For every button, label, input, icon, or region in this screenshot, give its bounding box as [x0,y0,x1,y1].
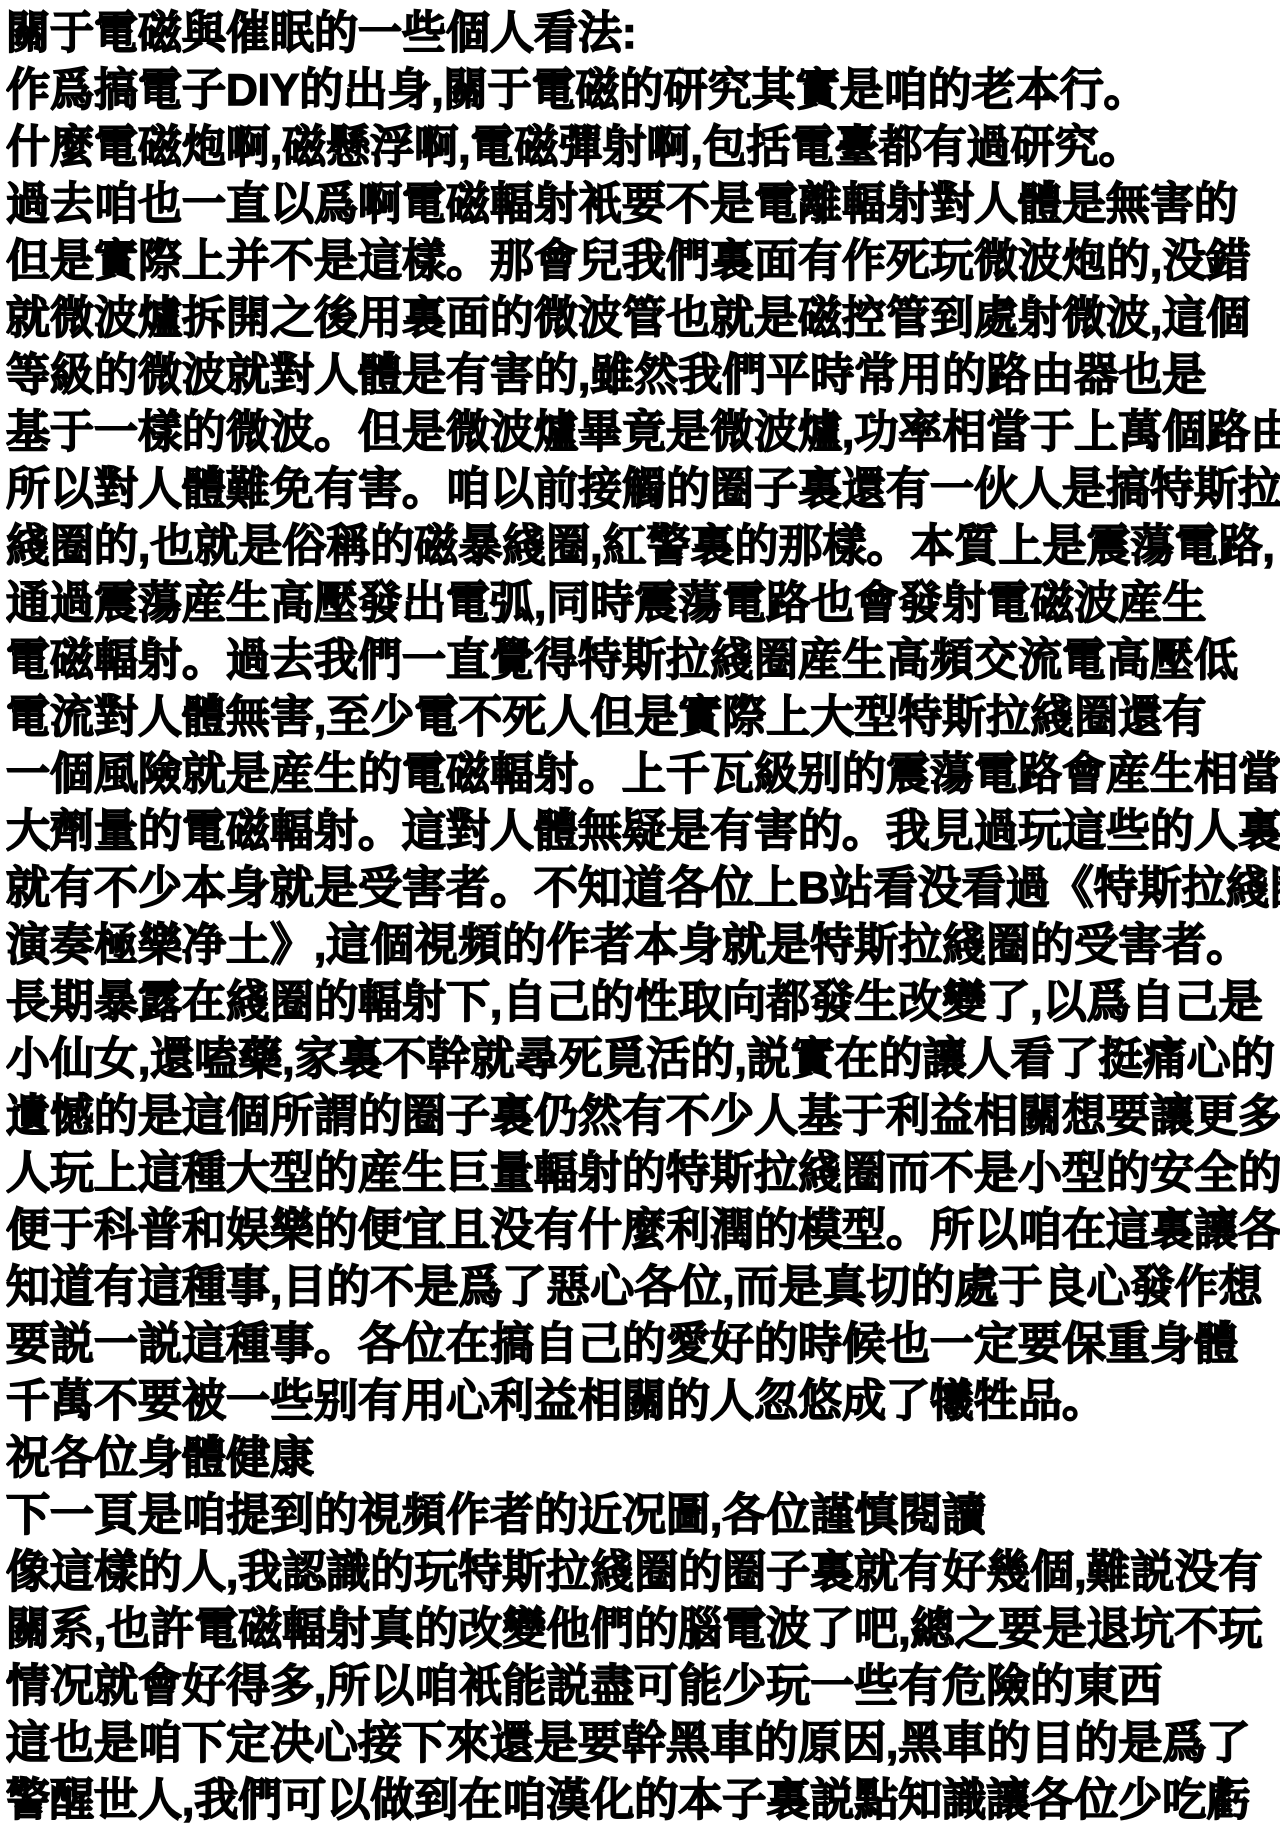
text-line: 知道有這種事,目的不是爲了惡心各位,而是真切的處于良心發作想 [6,1258,1280,1316]
text-line: 電流對人體無害,至少電不死人但是實際上大型特斯拉綫圈還有 [6,688,1280,746]
text-line: 等級的微波就對人體是有害的,雖然我們平時常用的路由器也是 [6,346,1280,404]
text-line: 遺憾的是這個所謂的圈子裏仍然有不少人基于利益相關想要讓更多 [6,1087,1280,1145]
text-line: 關于電磁與催眠的一些個人看法: [6,4,1280,62]
text-line: 像這樣的人,我認識的玩特斯拉綫圈的圈子裏就有好幾個,難説没有 [6,1543,1280,1601]
text-line: 人玩上這種大型的産生巨量輻射的特斯拉綫圈而不是小型的安全的 [6,1144,1280,1202]
text-line: 基于一樣的微波。但是微波爐畢竟是微波爐,功率相當于上萬個路由 [6,403,1280,461]
document-page: 關于電磁與催眠的一些個人看法:作爲搞電子DIY的出身,關于電磁的研究其實是咱的老… [0,0,1280,1833]
text-line: 便于科普和娱樂的便宜且没有什麼利潤的模型。所以咱在這裏讓各位 [6,1201,1280,1259]
text-line: 演奏極樂净土》,這個視頻的作者本身就是特斯拉綫圈的受害者。 [6,916,1280,974]
text-line: 小仙女,還嗑藥,家裏不幹就尋死覓活的,説實在的讓人看了挺痛心的 [6,1030,1280,1088]
text-line: 一個風險就是産生的電磁輻射。上千瓦級别的震蕩電路會産生相當 [6,745,1280,803]
text-line: 綫圈的,也就是俗稱的磁暴綫圈,紅警裏的那樣。本質上是震蕩電路, [6,517,1280,575]
text-line: 警醒世人,我們可以做到在咱漢化的本子裏説點知識讓各位少吃虧 [6,1771,1280,1829]
text-line: 電磁輻射。過去我們一直覺得特斯拉綫圈産生高頻交流電高壓低 [6,631,1280,689]
text-line: 就有不少本身就是受害者。不知道各位上B站看没看過《特斯拉綫圈 [6,859,1280,917]
text-line: 過去咱也一直以爲啊電磁輻射衹要不是電離輻射對人體是無害的 [6,175,1280,233]
text-line: 所以對人體難免有害。咱以前接觸的圈子裏還有一伙人是搞特斯拉 [6,460,1280,518]
text-line: 就微波爐拆開之後用裏面的微波管也就是磁控管到處射微波,這個 [6,289,1280,347]
text-line: 這也是咱下定决心接下來還是要幹黑車的原因,黑車的目的是爲了 [6,1714,1280,1772]
text-line: 但是實際上并不是這樣。那會兒我們裏面有作死玩微波炮的,没錯 [6,232,1280,290]
text-line: 千萬不要被一些别有用心利益相關的人忽悠成了犧牲品。 [6,1372,1280,1430]
text-line: 通過震蕩産生高壓發出電弧,同時震蕩電路也會發射電磁波産生 [6,574,1280,632]
text-line: 關系,也許電磁輻射真的改變他們的腦電波了吧,總之要是退坑不玩 [6,1600,1280,1658]
text-line: 什麼電磁炮啊,磁懸浮啊,電磁彈射啊,包括電臺都有過研究。 [6,118,1280,176]
text-line: 要説一説這種事。各位在搞自己的愛好的時候也一定要保重身體 [6,1315,1280,1373]
text-line: 下一頁是咱提到的視頻作者的近况圖,各位謹慎閱讀 [6,1486,1280,1544]
text-line: 大劑量的電磁輻射。這對人體無疑是有害的。我見過玩這些的人裏面 [6,802,1280,860]
text-line: 祝各位身體健康 [6,1429,1280,1487]
text-content: 關于電磁與催眠的一些個人看法:作爲搞電子DIY的出身,關于電磁的研究其實是咱的老… [6,4,1280,1828]
text-line: 情况就會好得多,所以咱衹能説盡可能少玩一些有危險的東西 [6,1657,1280,1715]
text-line: 作爲搞電子DIY的出身,關于電磁的研究其實是咱的老本行。 [6,61,1280,119]
text-line: 長期暴露在綫圈的輻射下,自己的性取向都發生改變了,以爲自己是 [6,973,1280,1031]
